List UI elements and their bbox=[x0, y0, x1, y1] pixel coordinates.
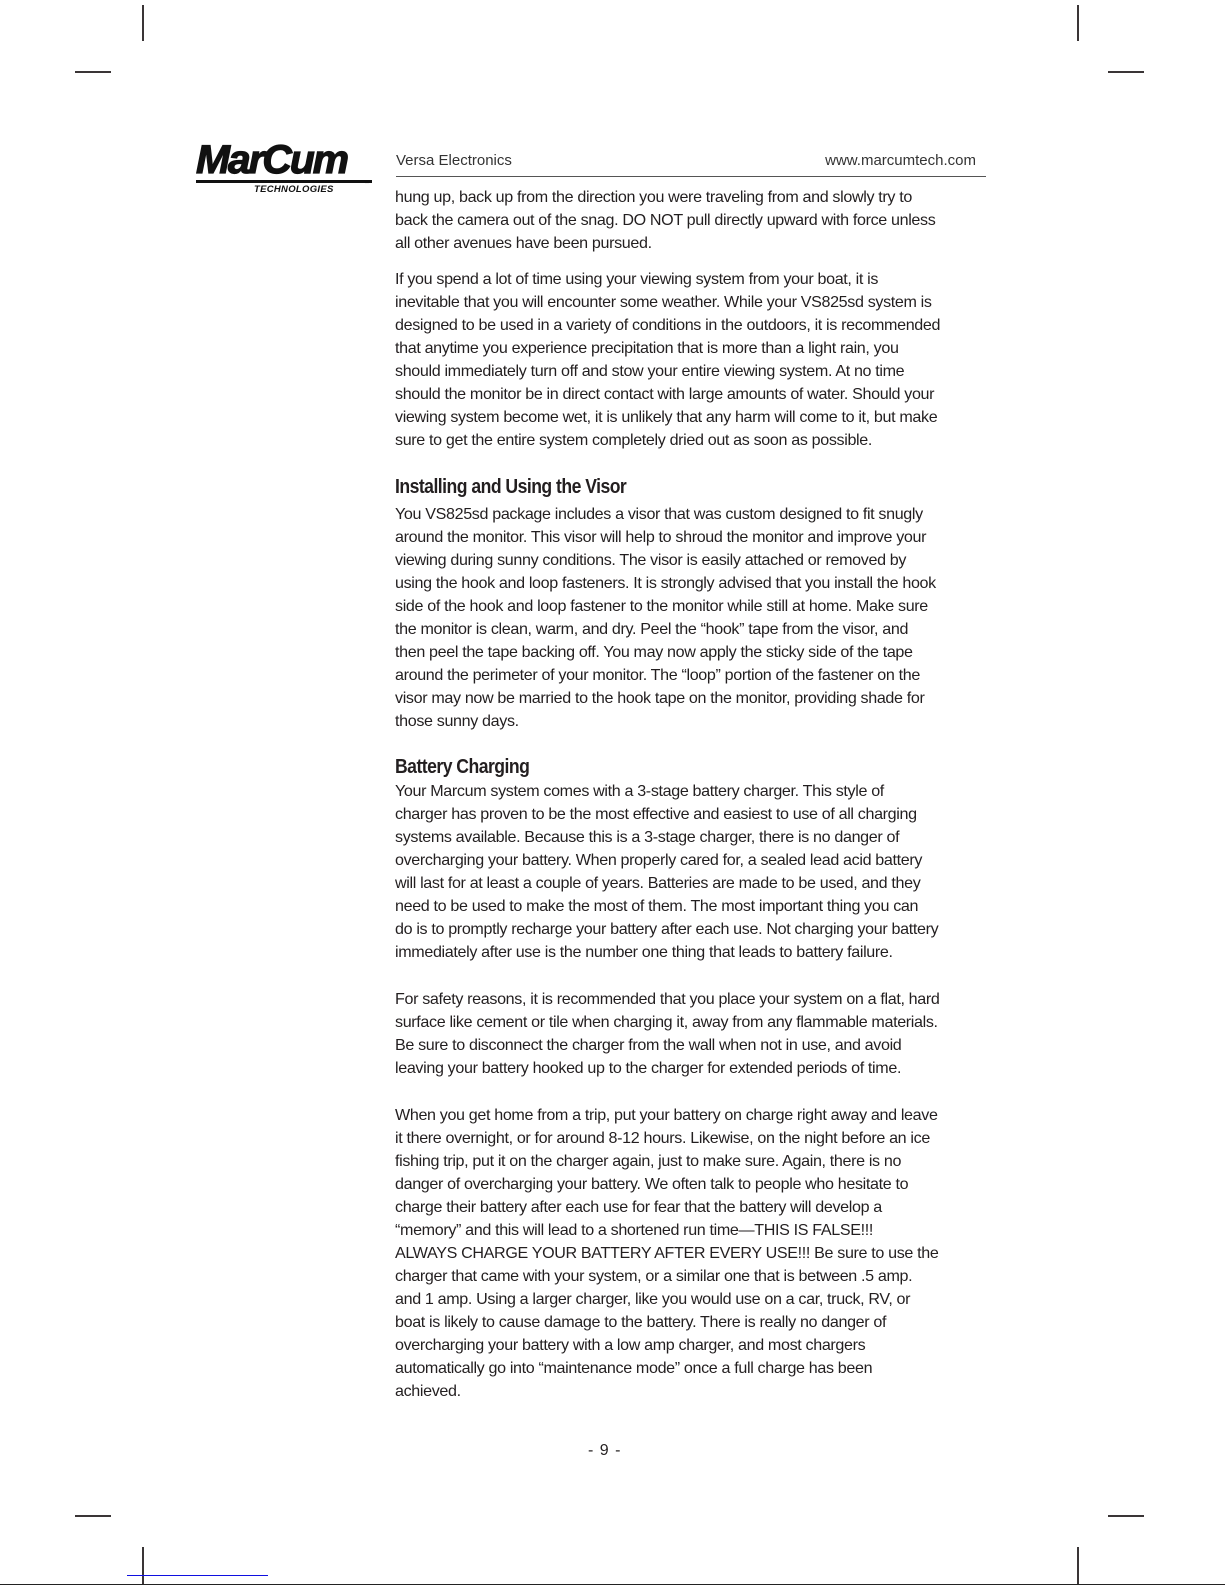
text-line: overcharging your battery. When properly… bbox=[395, 849, 1005, 872]
text-line: it there overnight, or for around 8-12 h… bbox=[395, 1127, 1005, 1150]
text-line: side of the hook and loop fastener to th… bbox=[395, 595, 1005, 618]
text-line: should the monitor be in direct contact … bbox=[395, 383, 1005, 406]
header-company: Versa Electronics bbox=[396, 152, 512, 169]
battery-paragraph-1: Your Marcum system comes with a 3-stage … bbox=[395, 780, 1005, 964]
text-line: “memory” and this will lead to a shorten… bbox=[395, 1219, 1005, 1242]
running-header: Versa Electronics www.marcumtech.com bbox=[396, 150, 986, 177]
crop-mark-top-right-horizontal bbox=[1108, 71, 1144, 73]
text-line: all other avenues have been pursued. bbox=[395, 232, 1005, 255]
logo-underline bbox=[196, 180, 372, 183]
text-line: around the perimeter of your monitor. Th… bbox=[395, 664, 1005, 687]
logo-subtitle: TECHNOLOGIES bbox=[254, 184, 334, 195]
page-content: hung up, back up from the direction you … bbox=[395, 186, 1005, 1403]
text-line: Be sure to disconnect the charger from t… bbox=[395, 1034, 1005, 1057]
text-line: charger that came with your system, or a… bbox=[395, 1265, 1005, 1288]
intro-paragraph: hung up, back up from the direction you … bbox=[395, 186, 1005, 255]
text-line: ALWAYS CHARGE YOUR BATTERY AFTER EVERY U… bbox=[395, 1242, 1005, 1265]
marcum-logo: MarCum TECHNOLOGIES ™ bbox=[196, 140, 376, 196]
text-line: then peel the tape backing off. You may … bbox=[395, 641, 1005, 664]
crop-mark-top-left-horizontal bbox=[75, 71, 111, 73]
weather-paragraph: If you spend a lot of time using your vi… bbox=[395, 268, 1005, 452]
crop-mark-top-left-vertical bbox=[142, 5, 144, 41]
text-line: If you spend a lot of time using your vi… bbox=[395, 268, 1005, 291]
crop-mark-bottom-left-horizontal bbox=[75, 1515, 111, 1517]
logo-trademark: ™ bbox=[364, 181, 369, 187]
text-line: automatically go into “maintenance mode”… bbox=[395, 1357, 1005, 1380]
text-line: boat is likely to cause damage to the ba… bbox=[395, 1311, 1005, 1334]
crop-mark-bottom-left-vertical bbox=[142, 1547, 144, 1585]
text-line: back the camera out of the snag. DO NOT … bbox=[395, 209, 1005, 232]
text-line: overcharging your battery with a low amp… bbox=[395, 1334, 1005, 1357]
text-line: sure to get the entire system completely… bbox=[395, 429, 1005, 452]
battery-paragraph-2: For safety reasons, it is recommended th… bbox=[395, 988, 1005, 1080]
text-line: the monitor is clean, warm, and dry. Pee… bbox=[395, 618, 1005, 641]
text-line: charge their battery after each use for … bbox=[395, 1196, 1005, 1219]
text-line: immediately after use is the number one … bbox=[395, 941, 1005, 964]
text-line: charger has proven to be the most effect… bbox=[395, 803, 1005, 826]
text-line: Your Marcum system comes with a 3-stage … bbox=[395, 780, 1005, 803]
text-line: systems available. Because this is a 3-s… bbox=[395, 826, 1005, 849]
text-line: viewing during sunny conditions. The vis… bbox=[395, 549, 1005, 572]
section-title-battery: Battery Charging bbox=[395, 754, 932, 780]
text-line: will last for at least a couple of years… bbox=[395, 872, 1005, 895]
logo-wordmark: MarCum bbox=[196, 140, 347, 180]
battery-paragraph-3: When you get home from a trip, put your … bbox=[395, 1104, 1005, 1403]
text-line: For safety reasons, it is recommended th… bbox=[395, 988, 1005, 1011]
text-line: using the hook and loop fasteners. It is… bbox=[395, 572, 1005, 595]
text-line: those sunny days. bbox=[395, 710, 1005, 733]
text-line: need to be used to make the most of them… bbox=[395, 895, 1005, 918]
crop-mark-bottom-right-horizontal bbox=[1108, 1515, 1144, 1517]
text-line: surface like cement or tile when chargin… bbox=[395, 1011, 1005, 1034]
text-line: that anytime you experience precipitatio… bbox=[395, 337, 1005, 360]
text-line: around the monitor. This visor will help… bbox=[395, 526, 1005, 549]
text-line: leaving your battery hooked up to the ch… bbox=[395, 1057, 1005, 1080]
visor-paragraph: You VS825sd package includes a visor tha… bbox=[395, 503, 1005, 733]
text-line: You VS825sd package includes a visor tha… bbox=[395, 503, 1005, 526]
header-website: www.marcumtech.com bbox=[825, 152, 976, 169]
text-line: inevitable that you will encounter some … bbox=[395, 291, 1005, 314]
text-line: fishing trip, put it on the charger agai… bbox=[395, 1150, 1005, 1173]
text-line: hung up, back up from the direction you … bbox=[395, 186, 1005, 209]
text-line: danger of overcharging your battery. We … bbox=[395, 1173, 1005, 1196]
page-number: - 9 - bbox=[588, 1442, 621, 1460]
text-line: designed to be used in a variety of cond… bbox=[395, 314, 1005, 337]
crop-mark-bottom-right-vertical bbox=[1077, 1547, 1079, 1585]
text-line: viewing system become wet, it is unlikel… bbox=[395, 406, 1005, 429]
link-underline bbox=[127, 1575, 268, 1576]
text-line: should immediately turn off and stow you… bbox=[395, 360, 1005, 383]
section-title-visor: Installing and Using the Visor bbox=[395, 474, 932, 500]
text-line: visor may now be married to the hook tap… bbox=[395, 687, 1005, 710]
crop-mark-top-right-vertical bbox=[1077, 5, 1079, 41]
text-line: When you get home from a trip, put your … bbox=[395, 1104, 1005, 1127]
text-line: do is to promptly recharge your battery … bbox=[395, 918, 1005, 941]
text-line: and 1 amp. Using a larger charger, like … bbox=[395, 1288, 1005, 1311]
text-line: achieved. bbox=[395, 1380, 1005, 1403]
